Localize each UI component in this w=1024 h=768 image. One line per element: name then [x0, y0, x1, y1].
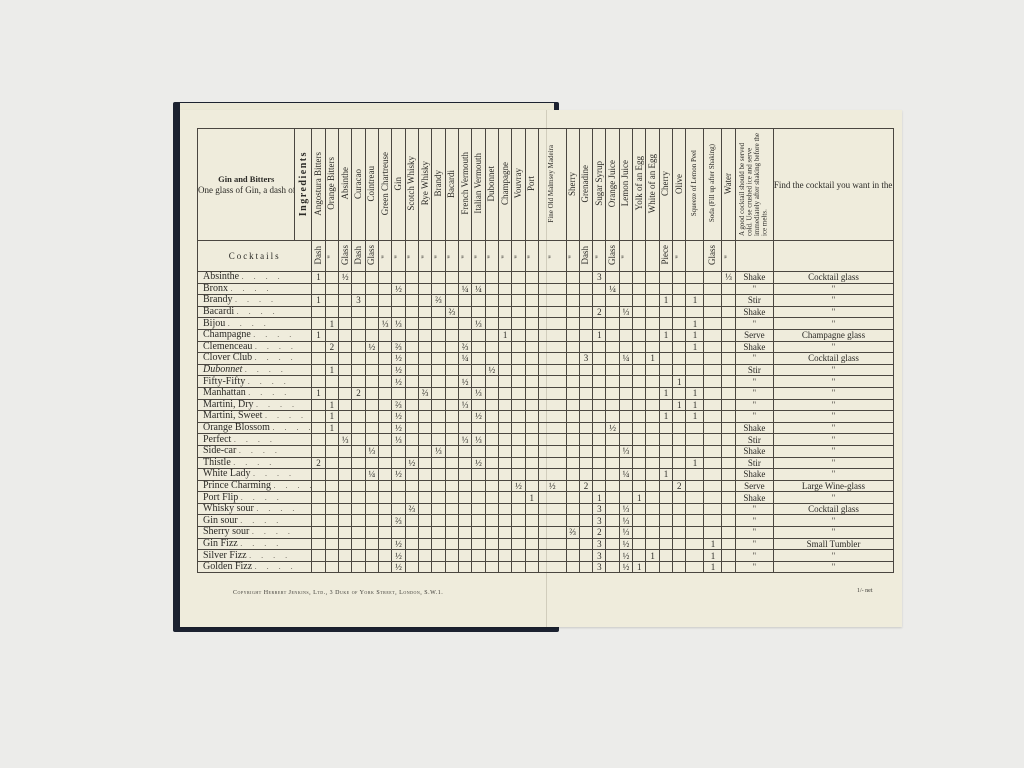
ingredient-amount	[686, 515, 704, 527]
ingredient-amount	[619, 399, 632, 411]
ingredient-amount	[405, 295, 418, 307]
ingredient-amount	[566, 272, 579, 284]
ingredient-amount	[512, 538, 525, 550]
ingredient-header: Yolk of an Egg	[633, 129, 646, 241]
ingredient-amount	[432, 341, 445, 353]
ingredient-amount	[339, 283, 352, 295]
ingredient-amount	[352, 306, 365, 318]
ingredient-amount: ¼	[365, 469, 378, 481]
ingredient-amount	[619, 329, 632, 341]
ingredient-amount	[525, 503, 538, 515]
cocktail-name: Martini, Dry . . . .	[198, 399, 312, 411]
ingredient-amount	[312, 561, 325, 573]
ingredient-name: French Vermouth	[461, 152, 470, 215]
ingredient-amount	[459, 295, 472, 307]
ingredient-amount	[472, 295, 485, 307]
ingredient-amount	[704, 387, 722, 399]
ingredient-amount	[379, 445, 392, 457]
ingredient-amount	[659, 318, 672, 330]
ingredient-amount	[485, 318, 498, 330]
ingredient-amount	[419, 469, 432, 481]
ingredient-amount	[673, 434, 686, 446]
method: "	[735, 515, 773, 527]
ingredient-amount	[525, 561, 538, 573]
ingredient-amount	[525, 469, 538, 481]
ingredient-header: Orange Juice	[606, 129, 619, 241]
ingredient-amount	[459, 503, 472, 515]
ingredient-amount	[419, 492, 432, 504]
ingredient-amount	[646, 445, 659, 457]
ingredient-amount	[472, 469, 485, 481]
ingredient-amount	[686, 503, 704, 515]
ingredient-amount	[579, 329, 592, 341]
ingredient-amount	[722, 492, 735, 504]
ingredient-amount	[633, 272, 646, 284]
ingredient-amount	[379, 457, 392, 469]
ingredient-amount	[538, 387, 566, 399]
ingredient-amount	[459, 538, 472, 550]
ingredient-amount: 1	[704, 538, 722, 550]
glass-type: "	[773, 318, 893, 330]
ingredient-amount	[512, 399, 525, 411]
ingredient-amount: 1	[686, 457, 704, 469]
ingredient-amount	[392, 306, 405, 318]
ingredient-amount	[619, 434, 632, 446]
ingredient-amount	[566, 376, 579, 388]
ingredient-amount	[485, 434, 498, 446]
ingredient-amount	[405, 527, 418, 539]
ingredient-amount	[379, 527, 392, 539]
ingredient-amount	[352, 550, 365, 562]
ingredient-amount	[419, 329, 432, 341]
ingredient-header: Olive	[673, 129, 686, 241]
ingredient-header: French Vermouth	[459, 129, 472, 241]
ingredient-amount	[606, 492, 619, 504]
ingredient-amount	[485, 503, 498, 515]
cocktail-row: Thistle . . . .2½½1Stir"	[198, 457, 894, 469]
ingredient-amount	[405, 515, 418, 527]
ingredient-amount	[325, 469, 338, 481]
ingredient-amount	[312, 364, 325, 376]
cocktail-name: Bijou . . . .	[198, 318, 312, 330]
ingredient-amount: 1	[686, 318, 704, 330]
method-note-text: A good cocktail should be served cold. U…	[739, 131, 769, 236]
ingredient-amount	[445, 434, 458, 446]
ingredient-header: Scotch Whisky	[405, 129, 418, 241]
ingredient-amount	[498, 399, 511, 411]
ingredient-amount: 1	[312, 295, 325, 307]
ingredient-amount	[432, 561, 445, 573]
ingredient-header: Water	[722, 129, 735, 241]
ingredient-amount: ½	[512, 480, 525, 492]
cocktail-row: Clover Club . . . .½¼3¼1"Cocktail glass	[198, 353, 894, 365]
ingredient-unit: "	[325, 241, 338, 272]
ingredient-amount: 1	[659, 295, 672, 307]
ingredient-amount	[646, 538, 659, 550]
ingredient-header: Angostura Bitters	[312, 129, 325, 241]
ingredient-amount	[445, 341, 458, 353]
ingredient-amount: ¼	[619, 469, 632, 481]
ingredient-amount	[365, 515, 378, 527]
ingredient-name: Dubonnet	[487, 166, 496, 202]
ingredient-amount	[365, 353, 378, 365]
ingredient-amount	[325, 434, 338, 446]
ingredient-amount	[379, 272, 392, 284]
ingredient-amount	[312, 538, 325, 550]
cocktail-name: White Lady . . . .	[198, 469, 312, 481]
method: Serve	[735, 480, 773, 492]
ingredient-amount: ½	[392, 353, 405, 365]
ingredient-header: Curacao	[352, 129, 365, 241]
ingredient-amount: 1	[312, 272, 325, 284]
ingredient-amount	[365, 399, 378, 411]
ingredient-amount	[619, 457, 632, 469]
ingredient-amount	[432, 457, 445, 469]
ingredient-amount	[579, 272, 592, 284]
ingredient-amount: ⅔	[392, 399, 405, 411]
ingredient-amount	[538, 364, 566, 376]
ingredient-header-row: Gin and Bitters One glass of Gin, a dash…	[198, 129, 894, 241]
ingredient-amount	[352, 422, 365, 434]
ingredient-amount	[566, 318, 579, 330]
ingredient-amount	[566, 399, 579, 411]
ingredient-amount	[566, 295, 579, 307]
ingredient-amount	[538, 515, 566, 527]
ingredient-amount	[525, 527, 538, 539]
ingredient-amount	[512, 353, 525, 365]
ingredient-name: Absinthe	[341, 167, 350, 200]
ingredient-amount	[325, 503, 338, 515]
ingredient-amount: ⅔	[459, 341, 472, 353]
ingredient-amount	[352, 527, 365, 539]
ingredient-amount	[722, 422, 735, 434]
ingredient-amount	[659, 353, 672, 365]
ingredient-name: Orange Bitters	[327, 157, 336, 210]
ingredient-amount	[704, 283, 722, 295]
ingredient-amount	[352, 411, 365, 423]
ingredient-amount	[325, 515, 338, 527]
ingredient-header: Grenadine	[579, 129, 592, 241]
ingredient-amount	[722, 399, 735, 411]
ingredient-amount	[659, 457, 672, 469]
ingredient-amount	[686, 272, 704, 284]
ingredient-amount	[525, 283, 538, 295]
ingredient-amount	[633, 283, 646, 295]
method: "	[735, 318, 773, 330]
ingredient-amount	[512, 503, 525, 515]
ingredient-amount	[485, 283, 498, 295]
ingredient-amount	[686, 538, 704, 550]
method: "	[735, 376, 773, 388]
ingredient-amount	[379, 283, 392, 295]
ingredient-amount	[722, 353, 735, 365]
ingredient-amount	[606, 561, 619, 573]
ingredient-amount	[593, 434, 606, 446]
ingredient-amount	[593, 469, 606, 481]
ingredient-amount	[352, 492, 365, 504]
ingredient-unit: Dash	[312, 241, 325, 272]
ingredient-amount	[339, 515, 352, 527]
ingredient-amount	[485, 353, 498, 365]
ingredient-unit: "	[445, 241, 458, 272]
glass-type: "	[773, 434, 893, 446]
ingredient-amount: ⅔	[405, 503, 418, 515]
ingredient-amount: 1	[659, 329, 672, 341]
ingredient-amount	[325, 283, 338, 295]
ingredient-amount	[459, 457, 472, 469]
ingredient-amount	[686, 550, 704, 562]
ingredient-amount	[512, 411, 525, 423]
ingredient-amount	[352, 503, 365, 515]
ingredient-name: Champagne	[501, 162, 510, 205]
ingredient-amount: 1	[686, 341, 704, 353]
ingredient-amount	[633, 469, 646, 481]
ingredient-amount	[606, 457, 619, 469]
ingredient-amount	[498, 527, 511, 539]
ingredient-amount	[722, 503, 735, 515]
cocktail-rows: Absinthe . . . .1½3⅓ShakeCocktail glassB…	[198, 272, 894, 573]
glass-type: "	[773, 469, 893, 481]
ingredient-unit: Piece	[659, 241, 672, 272]
ingredient-amount	[472, 550, 485, 562]
ingredient-amount: ⅓	[339, 434, 352, 446]
ingredient-amount	[419, 353, 432, 365]
ingredient-amount	[405, 422, 418, 434]
ingredient-header: Rye Whisky	[419, 129, 432, 241]
ingredient-header: Port	[525, 129, 538, 241]
ingredient-amount	[498, 353, 511, 365]
ingredient-amount	[722, 387, 735, 399]
ingredient-amount	[512, 550, 525, 562]
method: "	[735, 538, 773, 550]
ingredient-amount	[686, 561, 704, 573]
ingredient-amount	[445, 469, 458, 481]
ingredient-amount	[512, 329, 525, 341]
ingredient-unit: Glass	[704, 241, 722, 272]
ingredient-amount: ⅓	[459, 399, 472, 411]
ingredient-amount	[485, 272, 498, 284]
ingredient-amount: 1	[659, 411, 672, 423]
ingredient-amount	[525, 457, 538, 469]
ingredient-amount	[485, 561, 498, 573]
ingredient-amount	[432, 434, 445, 446]
ingredient-amount	[722, 561, 735, 573]
ingredient-amount	[472, 399, 485, 411]
ingredient-amount: 3	[593, 561, 606, 573]
ingredient-amount: 1	[633, 492, 646, 504]
ingredient-amount	[722, 445, 735, 457]
ingredient-amount	[538, 341, 566, 353]
ingredient-name: Italian Vermouth	[474, 153, 483, 214]
ingredient-amount	[606, 364, 619, 376]
ingredient-amount	[579, 469, 592, 481]
ingredient-amount	[646, 411, 659, 423]
ingredient-amount	[593, 341, 606, 353]
ingredient-amount	[673, 329, 686, 341]
ingredient-header: Gin	[392, 129, 405, 241]
ingredient-amount	[686, 527, 704, 539]
ingredient-amount	[722, 376, 735, 388]
ingredient-amount	[704, 457, 722, 469]
ingredient-amount	[498, 283, 511, 295]
ingredient-amount	[445, 411, 458, 423]
ingredient-amount	[593, 318, 606, 330]
ingredient-amount	[365, 480, 378, 492]
ingredient-amount	[459, 469, 472, 481]
ingredient-amount	[579, 503, 592, 515]
ingredient-amount: ½	[619, 561, 632, 573]
ingredient-amount	[659, 364, 672, 376]
ingredient-amount	[566, 341, 579, 353]
ingredient-amount	[704, 492, 722, 504]
ingredient-amount: 2	[325, 341, 338, 353]
ingredient-amount	[379, 469, 392, 481]
ingredient-amount	[432, 272, 445, 284]
ingredient-amount	[405, 272, 418, 284]
cocktail-row: Brandy . . . .13⅔11Stir"	[198, 295, 894, 307]
cocktail-row: Orange Blossom . . . .1½½Shake"	[198, 422, 894, 434]
ingredient-amount	[379, 387, 392, 399]
ingredient-amount	[606, 503, 619, 515]
ingredient-amount	[525, 364, 538, 376]
ingredient-amount	[392, 387, 405, 399]
ingredient-amount	[419, 561, 432, 573]
ingredient-amount	[405, 434, 418, 446]
ingredient-amount: 1	[686, 399, 704, 411]
ingredient-amount	[312, 411, 325, 423]
instructions-text: Find the cocktail you want in the left-h…	[774, 180, 894, 190]
ingredient-amount	[352, 469, 365, 481]
ingredient-unit: "	[619, 241, 632, 272]
ingredient-amount	[312, 469, 325, 481]
ingredient-amount	[593, 480, 606, 492]
ingredient-amount	[485, 457, 498, 469]
glass-type: "	[773, 457, 893, 469]
ingredient-amount	[619, 283, 632, 295]
ingredient-amount	[379, 515, 392, 527]
ingredient-amount	[704, 318, 722, 330]
ingredient-name: Scotch Whisky	[407, 156, 416, 211]
ingredient-amount	[472, 527, 485, 539]
cocktail-name: Prince Charming . . . .	[198, 480, 312, 492]
ingredient-amount	[352, 364, 365, 376]
glass-type: "	[773, 306, 893, 318]
ingredient-amount	[445, 422, 458, 434]
ingredient-amount	[566, 306, 579, 318]
cocktail-name: Thistle . . . .	[198, 457, 312, 469]
cocktail-row: Perfect . . . .⅓⅓⅓⅓Stir"	[198, 434, 894, 446]
ingredient-amount	[525, 434, 538, 446]
ingredient-header: Vouvray	[512, 129, 525, 241]
ingredient-amount	[365, 434, 378, 446]
ingredient-amount	[633, 434, 646, 446]
ingredient-amount	[432, 306, 445, 318]
ingredient-amount	[606, 411, 619, 423]
ingredient-amount	[405, 561, 418, 573]
ingredient-header: Absinthe	[339, 129, 352, 241]
ingredient-amount	[593, 411, 606, 423]
ingredient-unit	[633, 241, 646, 272]
ingredient-amount	[472, 353, 485, 365]
ingredient-amount	[459, 515, 472, 527]
cocktail-chart-table: Gin and Bitters One glass of Gin, a dash…	[197, 128, 894, 573]
ingredient-amount	[704, 399, 722, 411]
ingredient-amount	[659, 515, 672, 527]
ingredient-amount	[512, 561, 525, 573]
cocktail-name: Clemenceau . . . .	[198, 341, 312, 353]
method: Stir	[735, 295, 773, 307]
ingredient-amount	[633, 295, 646, 307]
cocktail-row: Manhattan . . . .12⅔⅓11""	[198, 387, 894, 399]
ingredient-amount	[472, 272, 485, 284]
ingredient-amount	[633, 364, 646, 376]
ingredient-amount	[485, 538, 498, 550]
ingredient-amount	[619, 341, 632, 353]
ingredient-amount	[633, 399, 646, 411]
cocktail-name: Side-car . . . .	[198, 445, 312, 457]
ingredient-amount	[722, 364, 735, 376]
ingredient-amount: ½	[392, 538, 405, 550]
ingredient-unit: "	[419, 241, 432, 272]
ingredient-amount	[525, 480, 538, 492]
ingredient-unit: Glass	[365, 241, 378, 272]
ingredient-amount	[432, 480, 445, 492]
ingredient-amount: ½	[459, 376, 472, 388]
ingredient-amount	[312, 376, 325, 388]
ingredient-amount	[405, 550, 418, 562]
ingredient-amount: 1	[686, 411, 704, 423]
ingredient-amount	[538, 306, 566, 318]
ingredient-amount: 1	[686, 295, 704, 307]
glass-type: "	[773, 399, 893, 411]
ingredient-name: Lemon Juice	[621, 160, 630, 206]
method: "	[735, 503, 773, 515]
ingredient-name: Port	[527, 176, 536, 191]
ingredient-amount	[498, 434, 511, 446]
ingredient-amount	[633, 550, 646, 562]
ingredient-amount	[566, 353, 579, 365]
ingredient-amount	[365, 387, 378, 399]
ingredient-amount	[538, 434, 566, 446]
glass-type: "	[773, 527, 893, 539]
ingredient-amount	[498, 538, 511, 550]
ingredient-amount: ½	[339, 272, 352, 284]
ingredient-amount	[704, 329, 722, 341]
ingredient-amount	[673, 550, 686, 562]
method: Shake	[735, 272, 773, 284]
ingredient-amount	[633, 422, 646, 434]
ingredient-amount	[646, 492, 659, 504]
ingredient-amount	[606, 295, 619, 307]
ingredient-amount	[445, 399, 458, 411]
ingredient-amount	[339, 480, 352, 492]
glass-unit-blank	[773, 241, 893, 272]
ingredient-amount	[498, 480, 511, 492]
ingredient-amount	[445, 457, 458, 469]
cocktail-row: Port Flip . . . .111Shake"	[198, 492, 894, 504]
ingredient-amount	[646, 387, 659, 399]
ingredient-amount	[419, 503, 432, 515]
ingredient-amount: 3	[593, 538, 606, 550]
corner-note-title: Gin and Bitters	[198, 175, 294, 184]
ingredient-amount	[525, 387, 538, 399]
ingredient-amount	[619, 272, 632, 284]
ingredient-amount	[579, 341, 592, 353]
ingredient-amount	[619, 295, 632, 307]
ingredient-amount	[525, 422, 538, 434]
ingredient-name: Grenadine	[581, 165, 590, 202]
ingredient-amount	[512, 445, 525, 457]
